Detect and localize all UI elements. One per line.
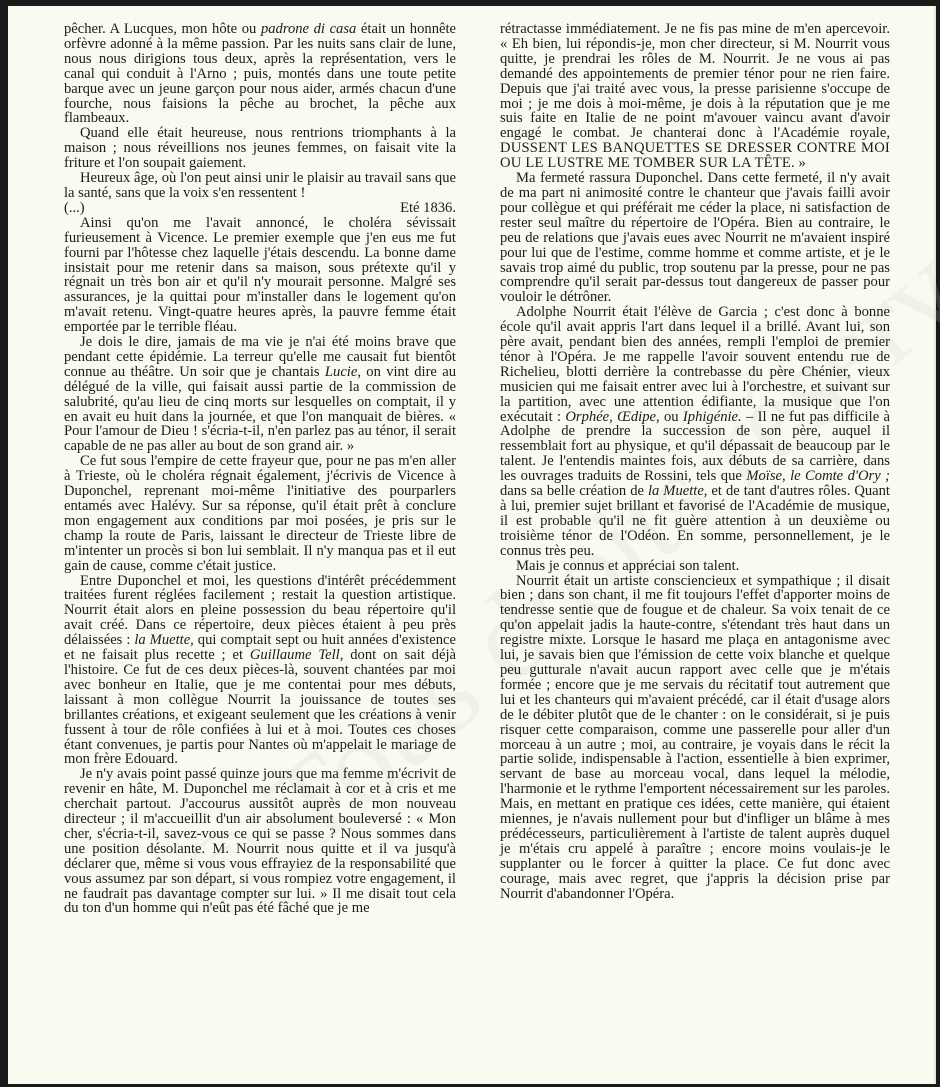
paragraph: Ainsi qu'on me l'avait annoncé, le cholé… <box>64 216 456 335</box>
paragraph: Je dois le dire, jamais de ma vie je n'a… <box>64 335 456 454</box>
date: Eté 1836. <box>400 201 456 216</box>
book-page: © Tous droits réservés pêcher. A Lucques… <box>8 6 936 1084</box>
dateline: (...)Eté 1836. <box>64 201 456 216</box>
paragraph: Ce fut sous l'empire de cette frayeur qu… <box>64 454 456 573</box>
paragraph: Heureux âge, où l'on peut ainsi unir le … <box>64 171 456 201</box>
paragraph: Quand elle était heureuse, nous rentrion… <box>64 126 456 171</box>
paragraph: Je n'y avais point passé quinze jours qu… <box>64 767 456 916</box>
paragraph: rétractasse immédiatement. Je ne fis pas… <box>500 22 890 171</box>
paragraph: Ma fermeté rassura Duponchel. Dans cette… <box>500 171 890 305</box>
paragraph: pêcher. A Lucques, mon hôte ou padrone d… <box>64 22 456 126</box>
paragraph: Entre Duponchel et moi, les questions d'… <box>64 574 456 768</box>
paragraph: Mais je connus et appréciai son talent. <box>500 559 890 574</box>
ellipsis: (...) <box>64 201 85 216</box>
paragraph: Nourrit était un artiste consciencieux e… <box>500 574 890 902</box>
right-column: rétractasse immédiatement. Je ne fis pas… <box>500 22 890 901</box>
paragraph: Adolphe Nourrit était l'élève de Garcia … <box>500 305 890 558</box>
left-column: pêcher. A Lucques, mon hôte ou padrone d… <box>64 22 456 916</box>
